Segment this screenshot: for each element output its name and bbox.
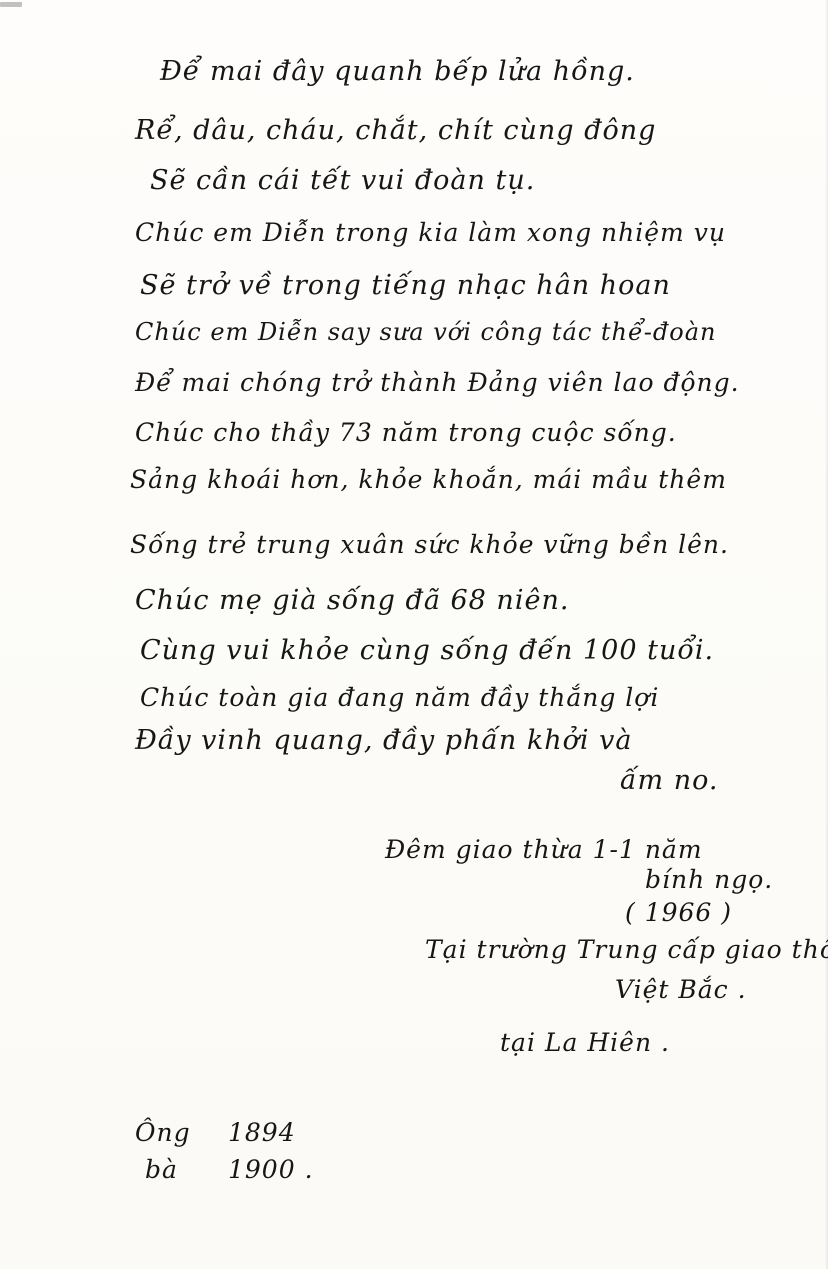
poem-line-7: Để mai chóng trở thành Đảng viên lao độn…	[135, 368, 740, 397]
poem-line-1: Để mai đây quanh bếp lửa hồng.	[160, 56, 635, 87]
poem-line-14: Đầy vinh quang, đầy phấn khởi và	[135, 725, 632, 756]
grandfather-label: Ông	[135, 1118, 191, 1147]
grandmother-year: 1900 .	[228, 1155, 314, 1184]
handwritten-page: Để mai đây quanh bếp lửa hồng. Rể, dâu, …	[0, 0, 828, 1269]
poem-line-8: Chúc cho thầy 73 năm trong cuộc sống.	[135, 418, 677, 447]
poem-line-12: Cùng vui khỏe cùng sống đến 100 tuổi.	[140, 635, 714, 666]
poem-line-9: Sảng khoái hơn, khỏe khoắn, mái mầu thêm	[130, 465, 727, 494]
scan-corner-mark	[0, 2, 22, 7]
poem-line-4: Chúc em Diễn trong kia làm xong nhiệm vụ	[135, 218, 726, 247]
poem-line-11: Chúc mẹ già sống đã 68 niên.	[135, 585, 569, 616]
poem-line-13: Chúc toàn gia đang năm đầy thắng lợi	[140, 683, 659, 712]
signature-region: Việt Bắc .	[615, 975, 747, 1004]
signature-date-line: Đêm giao thừa 1-1 năm	[385, 835, 703, 864]
poem-line-10: Sống trẻ trung xuân sức khỏe vững bền lê…	[130, 530, 729, 559]
signature-year-name: bính ngọ.	[645, 865, 773, 894]
poem-line-5: Sẽ trở về trong tiếng nhạc hân hoan	[140, 270, 671, 301]
signature-school: Tại trường Trung cấp giao thông	[425, 935, 828, 964]
signature-place: tại La Hiên .	[500, 1028, 670, 1057]
grandfather-year: 1894	[228, 1118, 296, 1147]
signature-year: ( 1966 )	[625, 898, 732, 927]
grandmother-label: bà	[145, 1155, 178, 1184]
poem-line-15: ấm no.	[620, 765, 718, 796]
poem-line-6: Chúc em Diễn say sưa với công tác thể-đo…	[135, 318, 716, 346]
poem-line-2: Rể, dâu, cháu, chắt, chít cùng đông	[135, 115, 656, 146]
poem-line-3: Sẽ cần cái tết vui đoàn tụ.	[150, 165, 535, 196]
